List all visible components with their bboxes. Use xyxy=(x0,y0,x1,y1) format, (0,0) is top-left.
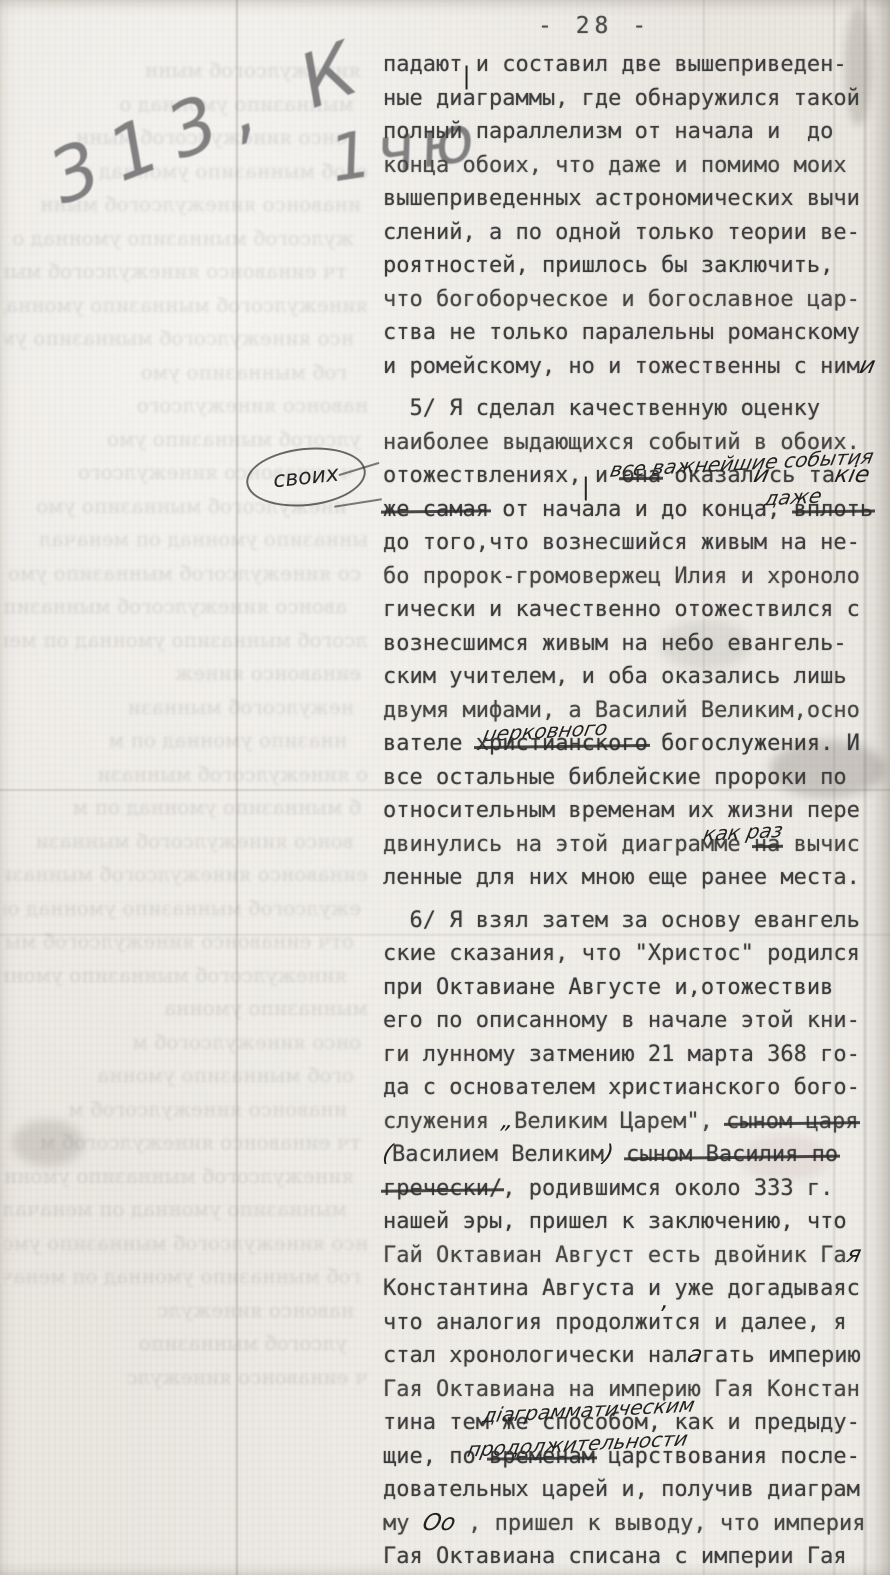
typed-line: бо пророк-громовержец Илия и хроноло xyxy=(383,560,888,594)
page-number: - 28 - xyxy=(538,13,651,39)
typed-line: 6/ Я взял затем за основу евангель xyxy=(383,904,888,938)
typed-line: щие, по продолжительностивременам царств… xyxy=(383,1440,888,1474)
typed-line: ства не только паралельны романскому xyxy=(383,316,888,350)
typed-line: 5/ Я сделал качественную оценку xyxy=(383,392,888,426)
typed-line: да с основателем христианского бого- xyxy=(383,1071,888,1105)
typed-line: (Василием Великим) сыном Василия по xyxy=(383,1138,888,1172)
typed-line: стал хронологически налагать империю xyxy=(383,1339,888,1373)
typed-line: Гай Октавиан Август есть двойник Гая xyxy=(383,1239,888,1273)
typed-line: ским учителем, и оба оказались лишь xyxy=(383,660,888,694)
typed-line: нашей эры, пришел к заключению, что xyxy=(383,1205,888,1239)
typed-line: относительным временам их жизни пере xyxy=(383,794,888,828)
typed-line: гически и качественно отожествился с xyxy=(383,593,888,627)
typed-line: двинулись на этой диаграмме как разна вы… xyxy=(383,828,888,862)
typed-line: гречески/, родившимся около 333 г. xyxy=(383,1172,888,1206)
typed-line: вателе церковногохристианского богослуже… xyxy=(383,727,888,761)
typed-line: вышеприведенных астрономических вычи xyxy=(383,182,888,216)
typed-line: что богоборческое и богославное цар- xyxy=(383,283,888,317)
typed-line: все остальные библейские пророки по xyxy=(383,761,888,795)
typed-line: полный параллелизм от начала и до xyxy=(383,115,888,149)
typed-line: что аналогия продолжится и далее, я xyxy=(383,1306,888,1340)
typed-line: роятностей, пришлось бы заключить, xyxy=(383,249,888,283)
typed-line: служения „Великим Царем", сыном царя xyxy=(383,1105,888,1139)
typed-line: при Октавиане Августе и,отожествив xyxy=(383,971,888,1005)
typed-line: до того,что вознесшийся живым на не- xyxy=(383,526,888,560)
typed-text: падают| и составил две вышеприведен-ные … xyxy=(383,48,888,1574)
scanned-page: яинежулсогоб мынн мынназипо умоннад оонс… xyxy=(0,0,890,1575)
typed-line: слений, а по одной только теории ве- xyxy=(383,216,888,250)
typed-line: его по описанному в начале этой кни- xyxy=(383,1004,888,1038)
typed-line: ги лунному затмению 21 марта 368 го- xyxy=(383,1038,888,1072)
typed-line: вознесшимся живым на небо евангель- xyxy=(383,627,888,661)
typed-line: довательных царей и, получив диаграм xyxy=(383,1473,888,1507)
typed-line: же самая от начала и до конца,даже вплот… xyxy=(383,493,888,527)
ink-smudge xyxy=(12,1120,84,1166)
typed-line: Гая Октавиана списана с империи Гая xyxy=(383,1540,888,1574)
typed-line: му Оо , пришел к выводу, что империя xyxy=(383,1507,888,1541)
typed-line: конца обоих, что даже и помимо моих xyxy=(383,149,888,183)
typed-line: ские сказания, что "Христос" родился xyxy=(383,937,888,971)
typed-line: Константина Августа и, уже догадываяс xyxy=(383,1272,888,1306)
typed-line: падают| и составил две вышеприведен- xyxy=(383,48,888,82)
typed-line: и ромейскому, но и тожественны с ними xyxy=(383,350,888,384)
typed-line: ные диаграммы, где обнаружился такой xyxy=(383,82,888,116)
bleed-through-text: яинежулсогоб мынн мынназипо умоннад оонс… xyxy=(4,54,368,1569)
typed-line: двумя мифами, а Василий Великим,осно xyxy=(383,694,888,728)
typed-line: ленные для них мною еще ранее места. xyxy=(383,861,888,895)
